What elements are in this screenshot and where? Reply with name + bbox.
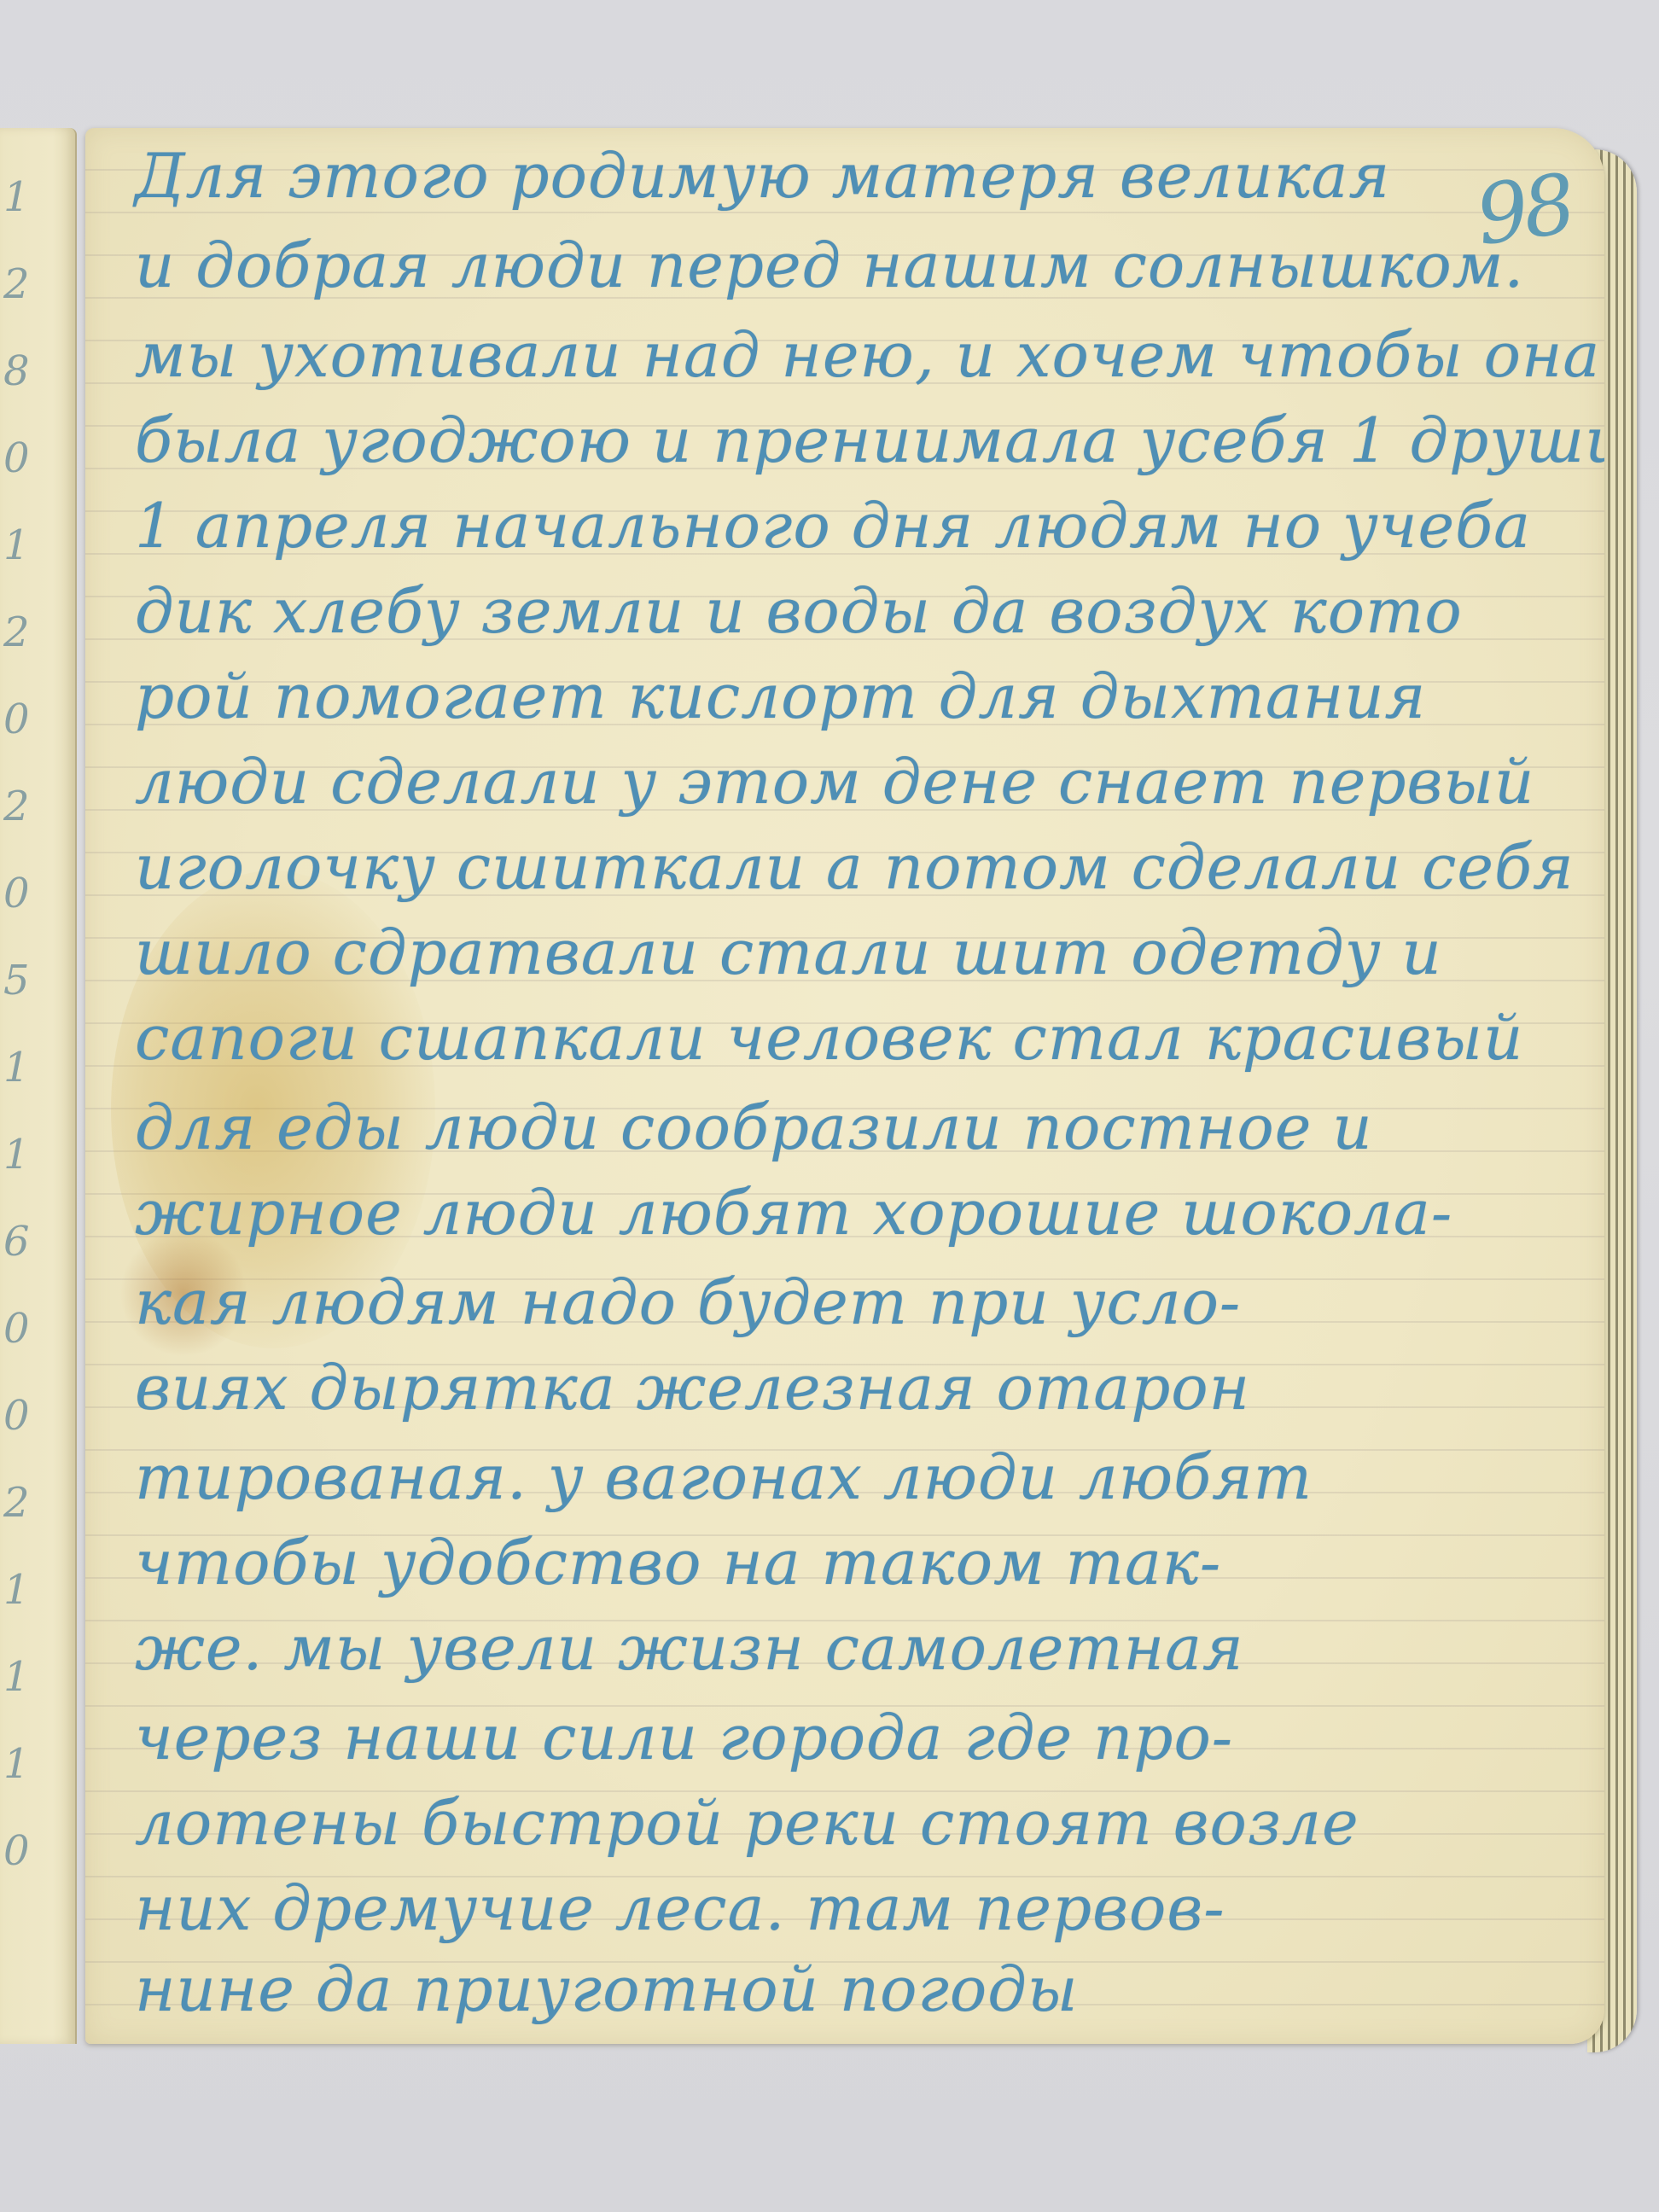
margin-digit: 1: [0, 1546, 51, 1633]
margin-digit: 0: [0, 1285, 51, 1372]
margin-digit: 1: [0, 154, 51, 241]
margin-digit: 2: [0, 241, 51, 328]
text-line: же. мы увели жизн самолетная: [135, 1617, 1244, 1679]
text-line: лотены быстрой реки стоят возле: [135, 1792, 1359, 1854]
notebook-page: 98 Для этого родимую матеря великая и до…: [85, 128, 1604, 2044]
text-line: них дремучие леса. там первов-: [135, 1877, 1225, 1939]
text-line: тированая. у вагонах люди любят: [135, 1447, 1313, 1508]
margin-digit: 2: [0, 589, 51, 676]
margin-digit: 1: [0, 502, 51, 589]
text-line: кая людям надо будет при усло-: [135, 1272, 1241, 1333]
margin-digit: 8: [0, 328, 51, 415]
text-line: 1 апреля начального дня людям но учеба: [135, 495, 1531, 556]
text-line: сапоги сшапкали человек стал красивый: [135, 1007, 1523, 1068]
margin-digit: 0: [0, 1372, 51, 1459]
margin-digit: 0: [0, 415, 51, 502]
margin-digit: 1: [0, 1720, 51, 1807]
margin-digit: 6: [0, 1198, 51, 1285]
text-line: рой помогает кислорт для дыхтания: [135, 666, 1426, 727]
margin-digit: 1: [0, 1024, 51, 1111]
margin-digit: 2: [0, 763, 51, 850]
text-line: для еды люди сообразили постное и: [135, 1097, 1373, 1158]
text-line: Для этого родимую матеря великая: [135, 145, 1390, 207]
text-line: иголочку сшиткали а потом сделали себя: [135, 836, 1575, 898]
text-line: жирное люди любят хорошие шокола-: [135, 1182, 1452, 1243]
text-line: люди сделали у этом дене снает первый: [135, 751, 1534, 812]
text-line: была угоджою и прениимала усебя 1 друшим…: [135, 410, 1604, 471]
text-line: и добрая люди перед нашим солнышком.: [135, 235, 1524, 296]
text-line: шило сдратвали стали шит одетду и: [135, 922, 1442, 983]
previous-page-margin-digits: 1 2 8 0 1 2 0 2 0 5 1 1 6 0 0 2 1 1 1 0: [0, 154, 51, 1895]
text-line: виях дырятка железная отарон: [135, 1357, 1250, 1418]
margin-digit: 0: [0, 850, 51, 937]
text-line: через наши сили города где про-: [135, 1707, 1233, 1768]
text-line: чтобы удобство на таком так-: [135, 1532, 1221, 1593]
margin-digit: 1: [0, 1111, 51, 1198]
margin-digit: 2: [0, 1459, 51, 1546]
previous-page-edge: 1 2 8 0 1 2 0 2 0 5 1 1 6 0 0 2 1 1 1 0: [0, 128, 77, 2044]
margin-digit: 0: [0, 1807, 51, 1895]
margin-digit: 0: [0, 676, 51, 763]
text-line: дик хлебу земли и воды да воздух кото: [135, 580, 1463, 642]
text-line: нине да приуготной погоды: [135, 1959, 1079, 2020]
margin-digit: 5: [0, 937, 51, 1024]
margin-digit: 1: [0, 1633, 51, 1720]
text-line: мы ухотивали над нею, и хочем чтобы она: [135, 324, 1600, 386]
